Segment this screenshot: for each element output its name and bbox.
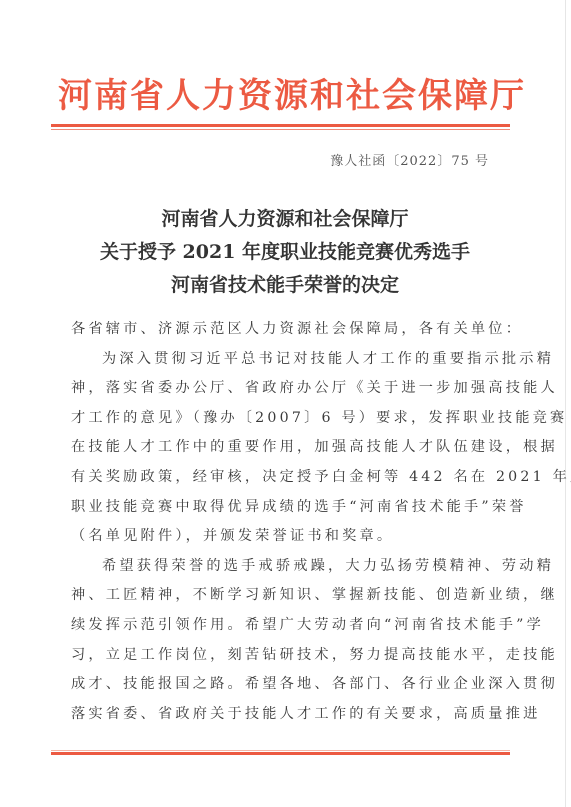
- page-edge-line: [565, 0, 566, 807]
- paragraph-line: （名单见附件），并颁发荣誉证书和奖章。: [71, 522, 496, 552]
- document-title-line-3: 河南省技术能手荣誉的决定: [40, 269, 530, 302]
- letterhead-rule-thin: [51, 129, 510, 130]
- letterhead-rule-thick: [51, 124, 510, 127]
- paragraph-line: 为深入贯彻习近平总书记对技能人才工作的重要指示批示精: [71, 345, 496, 375]
- paragraph-1: 为深入贯彻习近平总书记对技能人才工作的重要指示批示精 神，落实省委办公厅、省政府…: [71, 345, 496, 552]
- paragraph-line: 职业技能竞赛中取得优异成绩的选手“河南省技术能手”荣誉: [71, 493, 496, 523]
- paragraph-line: 神，落实省委办公厅、省政府办公厅《关于进一步加强高技能人: [71, 374, 496, 404]
- document-title-line-1: 河南省人力资源和社会保障厅: [40, 203, 530, 236]
- document-title: 河南省人力资源和社会保障厅 关于授予 2021 年度职业技能竞赛优秀选手 河南省…: [40, 203, 530, 302]
- document-body: 各省辖市、济源示范区人力资源社会保障局，各有关单位： 为深入贯彻习近平总书记对技…: [71, 315, 496, 729]
- footer-rule-thick: [51, 752, 510, 755]
- paragraph-line: 在技能人才工作中的重要作用，加强高技能人才队伍建设，根据: [71, 433, 496, 463]
- salutation-text: 各省辖市、济源示范区人力资源社会保障局，各有关单位：: [71, 315, 496, 345]
- paragraph-2: 希望获得荣誉的选手戒骄戒躁，大力弘扬劳模精神、劳动精 神、工匠精神，不断学习新知…: [71, 552, 496, 730]
- paragraph-line: 希望获得荣誉的选手戒骄戒躁，大力弘扬劳模精神、劳动精: [71, 552, 496, 582]
- footer-rule-thin: [51, 750, 510, 751]
- paragraph-line: 神、工匠精神，不断学习新知识、掌握新技能、创造新业绩，继: [71, 581, 496, 611]
- paragraph-line: 才工作的意见》（豫办〔2007〕6 号）要求，发挥职业技能竞赛: [71, 404, 496, 434]
- letterhead-organization: 河南省人力资源和社会保障厅: [58, 74, 504, 118]
- paragraph-line: 有关奖励政策，经审核，决定授予白金柯等 442 名在 2021 年度: [71, 463, 496, 493]
- document-number: 豫人社函〔2022〕75 号: [330, 150, 489, 169]
- paragraph-line: 续发挥示范引领作用。希望广大劳动者向“河南省技术能手”学: [71, 611, 496, 641]
- paragraph-line: 习，立足工作岗位，刻苦钻研技术，努力提高技能水平，走技能: [71, 641, 496, 671]
- salutation: 各省辖市、济源示范区人力资源社会保障局，各有关单位：: [71, 315, 496, 345]
- paragraph-line: 落实省委、省政府关于技能人才工作的有关要求，高质量推进: [71, 700, 496, 730]
- document-title-line-2: 关于授予 2021 年度职业技能竞赛优秀选手: [40, 236, 530, 269]
- paragraph-line: 成才、技能报国之路。希望各地、各部门、各行业企业深入贯彻: [71, 670, 496, 700]
